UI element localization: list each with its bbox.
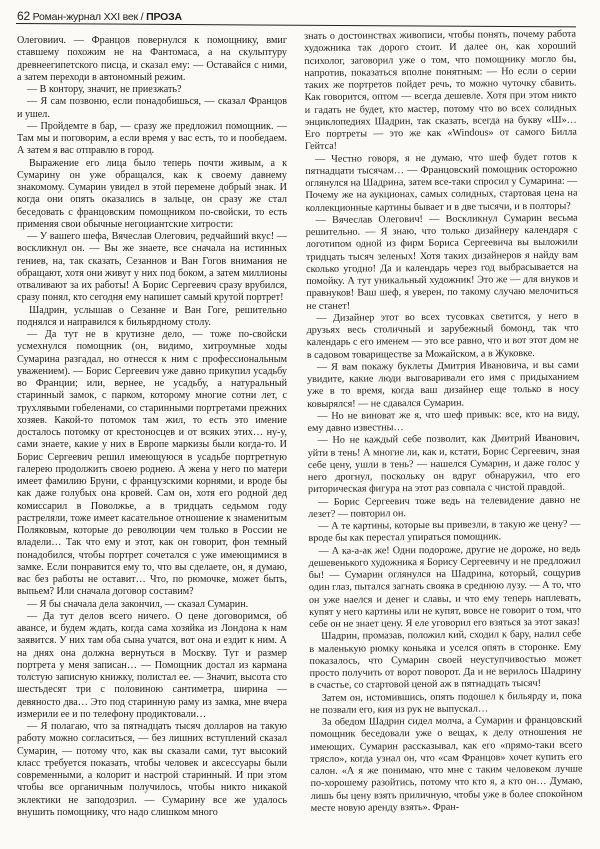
dialogue-line: — Я сам позвоню, если понадобишься, — ск… — [17, 96, 287, 121]
dialogue-line: — Да тут не в крутизне дело, — тоже по-с… — [17, 329, 287, 599]
dialogue-line: — В контору, значит, не приезжать? — [17, 84, 287, 96]
paragraph: За обедом Шадрин сидел молча, а Сумарин … — [310, 715, 583, 815]
dialogue-line: — Да тут делов всего ничего. О цене дого… — [17, 611, 287, 721]
magazine-page: 62 Роман-журнал XXI век / ПРОЗА Олеговии… — [0, 0, 600, 849]
header-rule — [16, 23, 576, 27]
dialogue-line: — Борис Сергеевич тоже ведь на телевиден… — [308, 494, 580, 521]
paragraph: знать о достоинствах живописи, чтобы пон… — [304, 29, 577, 154]
section-title: ПРОЗА — [146, 11, 182, 23]
paragraph: Шадрин, промазав, положил кий, сходил к … — [309, 629, 582, 693]
dialogue-line: — Пройдемте в бар, — сразу же предложил … — [17, 121, 287, 158]
text-column-left: Олеговиич. — Францов повернулся к помощн… — [17, 35, 287, 819]
paragraph: Выражение его лица было теперь почти жив… — [17, 158, 287, 232]
dialogue-line: — А ка-а-ак же! Одни подороже, другие не… — [308, 543, 581, 631]
dialogue-line: — Я полагаю, что за пятнадцать тысяч дол… — [17, 721, 287, 819]
paragraph: Затем он, истомившись, опять подошел к б… — [310, 690, 582, 717]
dialogue-line: — Я бы сначала дела закончил, — сказал С… — [17, 599, 287, 611]
dialogue-line: — А те картины, которые вы привезли, в т… — [308, 519, 580, 546]
running-head: 62 Роман-журнал XXI век / ПРОЗА — [17, 9, 182, 23]
dialogue-line: — У вашего шефа, Вячеслав Олегович, редч… — [17, 231, 287, 305]
text-column-right: знать о достоинствах живописи, чтобы пон… — [304, 29, 583, 815]
dialogue-line: — Но не виноват же я, что шеф привык: вс… — [307, 408, 579, 435]
head-separator: / — [138, 11, 146, 23]
paragraph: Олеговиич. — Францов повернулся к помощн… — [17, 35, 287, 84]
dialogue-line: — Честно говоря, я не думаю, что шеф буд… — [305, 151, 578, 215]
journal-title: Роман-журнал XXI век — [33, 11, 138, 23]
dialogue-line: — Дизайнер этот во всех тусовках светитс… — [306, 310, 578, 361]
dialogue-line: — Но не каждый себе позволит, как Дмитри… — [308, 433, 581, 497]
paragraph: Шадрин, услышав о Сезанне и Ван Гоге, ре… — [17, 305, 287, 330]
page-number: 62 — [17, 9, 30, 23]
dialogue-line: — Я вам покажу буклеты Дмитрия Ивановича… — [307, 359, 579, 410]
dialogue-line: — Вячеслав Олегович! — Воскликнул Сумари… — [306, 212, 579, 312]
